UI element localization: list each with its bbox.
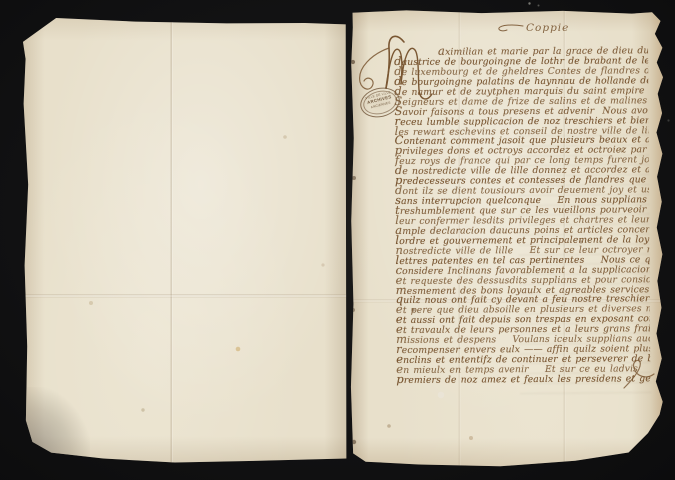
end-flourish — [622, 358, 656, 394]
manuscript-line: en mieulx en temps avenir Et sur ce eu l… — [396, 363, 650, 375]
manuscript-line: nostredicte ville de lille Et sur ce leu… — [395, 244, 649, 256]
manuscript-line: recompenser envers eulx —— affin quilz s… — [396, 343, 650, 355]
page-heading-label: Coppie — [526, 22, 569, 34]
manuscript-line: mesmement des bons loyaulx et agreables … — [396, 284, 650, 296]
manuscript-line: de luxembourg et de gheldres Contes de f… — [394, 65, 648, 77]
left-page — [22, 14, 347, 463]
stamp-center-text: ARCHIVES — [361, 94, 399, 107]
left-page-horizontal-fold — [22, 294, 347, 298]
binding-stitches — [351, 9, 353, 11]
foxing-specks — [22, 14, 24, 16]
manuscript-line: Savoir faisons a tous presens et advenir… — [394, 105, 648, 117]
manuscript-text: aximilian et marie par la grace de dieu … — [394, 45, 650, 395]
page-heading: Coppie — [498, 22, 569, 34]
dust-specks — [0, 0, 1, 1]
manuscript-line: et pere que dieu absoille en plusieurs e… — [396, 304, 650, 316]
right-page: Coppie VILLE DE LILLE ARCHIVES ANCIENNES… — [350, 9, 663, 470]
left-page-vertical-fold — [170, 14, 173, 463]
corner-stain — [18, 387, 90, 467]
manuscript-line: dont ilz se dient tousiours avoir deueme… — [395, 184, 649, 196]
manuscript-line: aximilian et marie par la grace de dieu … — [394, 45, 648, 57]
header-swash-icon — [498, 24, 524, 33]
manuscript-line: les rewart eschevins et conseil de nostr… — [395, 125, 649, 137]
manuscript-line: ample declaracion daucuns poins et artic… — [395, 224, 649, 236]
manuscript-line: de nostredicte ville de lille donnez et … — [395, 164, 649, 176]
ink-specks — [350, 9, 352, 11]
manuscript-photograph: Coppie VILLE DE LILLE ARCHIVES ANCIENNES… — [0, 0, 675, 480]
